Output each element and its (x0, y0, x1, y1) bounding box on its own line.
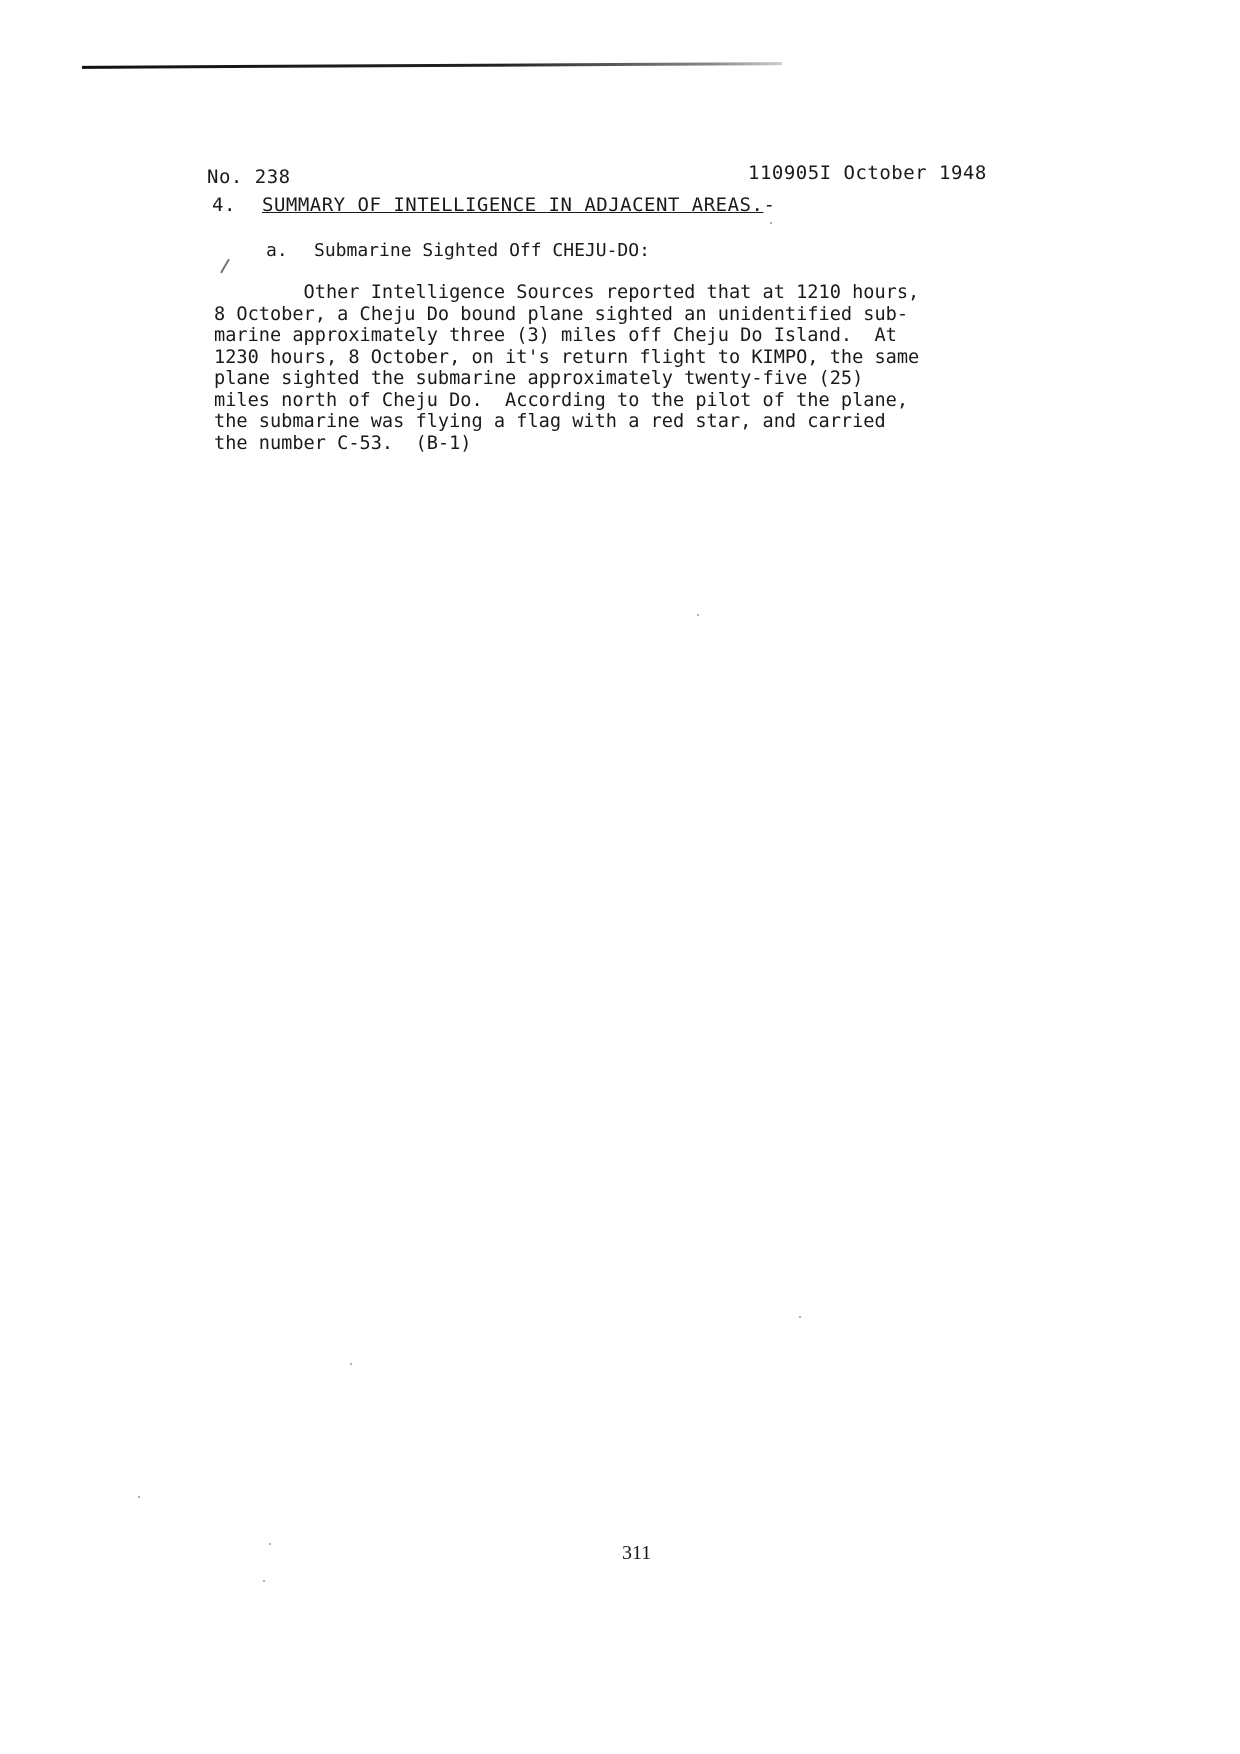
section-number: 4. (212, 194, 262, 216)
scan-speck (263, 1580, 265, 1582)
body-line: 8 October, a Cheju Do bound plane sighte… (214, 304, 908, 325)
document-number: No. 238 (207, 166, 291, 188)
body-line: Other Intelligence Sources reported that… (214, 282, 919, 303)
scan-speck (350, 1363, 352, 1365)
body-line: plane sighted the submarine approximatel… (214, 368, 863, 389)
body-line: miles north of Cheju Do. According to th… (214, 390, 908, 411)
body-line: the submarine was flying a flag with a r… (214, 411, 886, 432)
section-title: SUMMARY OF INTELLIGENCE IN ADJACENT AREA… (262, 194, 763, 216)
body-line: marine approximately three (3) miles off… (214, 325, 897, 346)
margin-pencil-mark (220, 259, 230, 274)
top-rule-line (82, 62, 782, 69)
body-paragraph: Other Intelligence Sources reported that… (214, 282, 1054, 454)
section-trailing-dash: - (763, 194, 775, 216)
scan-speck (269, 1543, 271, 1545)
scan-speck (799, 1316, 801, 1318)
subsection-heading: a.Submarine Sighted Off CHEJU-DO: (266, 240, 650, 261)
scan-speck (697, 614, 699, 616)
date-time-group: 110905I October 1948 (748, 162, 987, 184)
subsection-letter: a. (266, 240, 314, 261)
page-number: 311 (622, 1542, 651, 1565)
body-line: 1230 hours, 8 October, on it's return fl… (214, 347, 919, 368)
scan-speck (138, 1496, 140, 1498)
body-line: the number C-53. (B-1) (214, 433, 471, 454)
scan-speck (770, 222, 772, 224)
section-heading: 4.SUMMARY OF INTELLIGENCE IN ADJACENT AR… (212, 194, 775, 216)
subsection-title: Submarine Sighted Off CHEJU-DO: (314, 240, 650, 261)
